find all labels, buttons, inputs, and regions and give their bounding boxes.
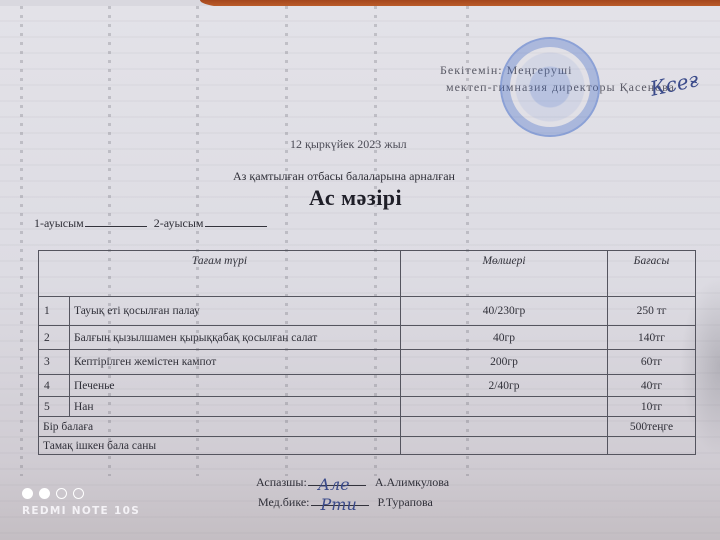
- table-row: 1 Тауық еті қосылған палау 40/230гр 250 …: [39, 297, 696, 326]
- cook-label: Аспазшы:: [256, 475, 307, 489]
- dish-quantity: 200гр: [401, 350, 608, 375]
- column-header-dish: Тағам түрі: [39, 251, 401, 297]
- dish-name: Балғын қызылшамен қырыққабақ қосылған са…: [70, 326, 401, 350]
- dish-quantity: [401, 397, 608, 417]
- row-number: 4: [39, 375, 70, 397]
- dot-filled-icon: [39, 488, 50, 499]
- dish-name: Нан: [70, 397, 401, 417]
- dot-outline-icon: [56, 488, 67, 499]
- dish-price: 140тг: [608, 326, 696, 350]
- dot-filled-icon: [22, 488, 33, 499]
- official-stamp-icon: [500, 37, 600, 137]
- table-row: 2 Балғын қызылшамен қырыққабақ қосылған …: [39, 326, 696, 350]
- menu-table: Тағам түрі Мөлшері Бағасы 1 Тауық еті қо…: [38, 250, 696, 455]
- summary-price: [608, 437, 696, 455]
- signature-block: Аспазшы:Але А.Алимкулова Мед.бике:Ртu Р.…: [256, 472, 449, 512]
- dish-name: Кептірілген жемістен кампот: [70, 350, 401, 375]
- dish-name: Тауық еті қосылған палау: [70, 297, 401, 326]
- summary-label: Бір балаға: [39, 417, 401, 437]
- summary-row-children-count: Тамақ ішкен бала саны: [39, 437, 696, 455]
- summary-quantity: [401, 437, 608, 455]
- cook-name: А.Алимкулова: [375, 475, 449, 489]
- row-number: 3: [39, 350, 70, 375]
- table-row: 5 Нан 10тг: [39, 397, 696, 417]
- nurse-signature-line: Мед.бике:Ртu Р.Турапова: [256, 492, 449, 512]
- row-number: 2: [39, 326, 70, 350]
- summary-label: Тамақ ішкен бала саны: [39, 437, 401, 455]
- dish-price: 40тг: [608, 375, 696, 397]
- scan-streak: [20, 6, 23, 476]
- document-date: 12 қыркүйек 2023 жыл: [290, 137, 407, 152]
- dish-price: 10тг: [608, 397, 696, 417]
- shift-fields: 1-ауысым 2-ауысым: [34, 216, 271, 231]
- camera-watermark: REDMI NOTE 10S: [22, 488, 140, 517]
- row-number: 5: [39, 397, 70, 417]
- document-subtitle: Аз қамтылған отбасы балаларына арналған: [233, 169, 455, 184]
- nurse-name: Р.Турапова: [378, 495, 433, 509]
- document-title: Ас мәзірі: [309, 185, 402, 211]
- table-header-row: Тағам түрі Мөлшері Бағасы: [39, 251, 696, 297]
- summary-quantity: [401, 417, 608, 437]
- cook-signature-line: Аспазшы:Але А.Алимкулова: [256, 472, 449, 492]
- column-header-quantity: Мөлшері: [401, 251, 608, 297]
- watermark-dots-icon: [22, 488, 140, 499]
- table-row: 4 Печенье 2/40гр 40тг: [39, 375, 696, 397]
- dish-quantity: 40/230гр: [401, 297, 608, 326]
- dish-price: 250 тг: [608, 297, 696, 326]
- dish-name: Печенье: [70, 375, 401, 397]
- shift2-blank: [205, 226, 267, 227]
- nurse-signature-blank: Ртu: [311, 505, 369, 506]
- device-name: REDMI NOTE 10S: [22, 505, 140, 517]
- dish-quantity: 40гр: [401, 326, 608, 350]
- nurse-signature: Ртu: [321, 495, 357, 515]
- dot-outline-icon: [73, 488, 84, 499]
- shift1-blank: [85, 226, 147, 227]
- summary-row-per-child: Бір балаға 500теңге: [39, 417, 696, 437]
- row-number: 1: [39, 297, 70, 326]
- table-row: 3 Кептірілген жемістен кампот 200гр 60тг: [39, 350, 696, 375]
- dish-price: 60тг: [608, 350, 696, 375]
- shift1-label: 1-ауысым: [34, 216, 84, 230]
- dish-quantity: 2/40гр: [401, 375, 608, 397]
- summary-price: 500теңге: [608, 417, 696, 437]
- nurse-label: Мед.бике:: [258, 495, 310, 509]
- shift2-label: 2-ауысым: [154, 216, 204, 230]
- cook-signature: Але: [318, 475, 350, 495]
- column-header-price: Бағасы: [608, 251, 696, 297]
- cook-signature-blank: Але: [308, 485, 366, 486]
